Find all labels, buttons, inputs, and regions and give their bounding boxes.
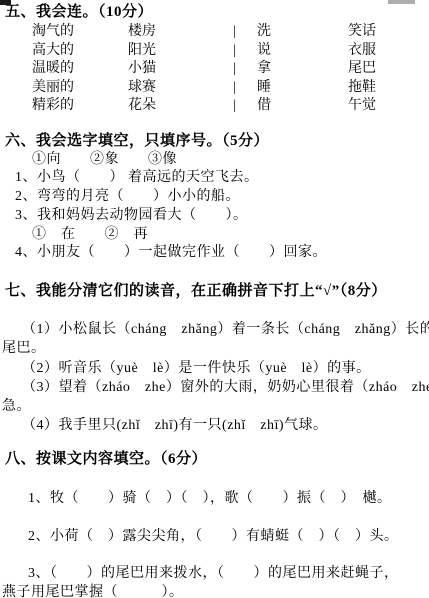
separator-bar: | xyxy=(233,79,257,98)
noun-item: 小猫 xyxy=(128,60,233,79)
adjective-item: 淘气的 xyxy=(32,23,128,42)
section7-question-1-line-1: （1）小松鼠长（cháng zhǎng）着一条长（cháng zhǎng）长的 xyxy=(22,320,429,339)
section8-question-3-line-2: 燕子用尾巴掌握（ ）。 xyxy=(2,583,429,598)
object-item: 笑话 xyxy=(348,23,429,42)
object-item: 尾巴 xyxy=(348,60,429,79)
section5-title: 五、我会连。（10分） xyxy=(5,4,429,20)
scan-artifact-top-right xyxy=(388,0,415,4)
section5-matching-table: 淘气的 楼房 | 洗 笑话 高大的 阳光 | 说 衣服 温暖的 小猫 | 拿 尾… xyxy=(32,23,429,116)
section8-title: 八、按课文内容填空。（6分） xyxy=(5,451,429,467)
scan-artifact-top-left xyxy=(0,0,11,5)
section7-question-4: （4）我手里只(zhǐ zhī)有一只(zhǐ zhī)气球。 xyxy=(22,416,429,435)
section6-question-1: 1、小鸟（ ） 着高远的天空飞去。 xyxy=(15,169,429,188)
section7-question-1-line-2: 尾巴。 xyxy=(2,339,429,358)
adjective-item: 精彩的 xyxy=(32,97,128,116)
section6-options-2: ① 在 ② 再 xyxy=(32,226,429,245)
noun-item: 花朵 xyxy=(128,97,233,116)
separator-bar: | xyxy=(233,23,257,42)
separator-bar: | xyxy=(233,97,257,116)
section7-question-2: （2）听音乐（yuè lè）是一件快乐（yuè lè）的事。 xyxy=(22,359,429,378)
section8-question-3-line-1: 3、（ ）的尾巴用来拨水，（ ）的尾巴用来赶蝇子， xyxy=(28,564,429,583)
separator-bar: | xyxy=(233,42,257,61)
noun-item: 阳光 xyxy=(128,42,233,61)
section7-title: 七、我能分清它们的读音，在正确拼音下打上“√”（8分） xyxy=(5,283,429,299)
verb-item: 拿 xyxy=(257,60,348,79)
worksheet-page: 五、我会连。（10分） 淘气的 楼房 | 洗 笑话 高大的 阳光 | 说 衣服 … xyxy=(0,0,429,598)
verb-item: 说 xyxy=(257,42,348,61)
section6-question-2: 2、弯弯的月亮（ ）小小的船。 xyxy=(15,188,429,207)
section6-question-3: 3、我和妈妈去动物园看大（ ）。 xyxy=(15,207,429,226)
section8-question-1: 1、牧（ ）骑（ ）（ ），歌（ ）振（ ） 樾。 xyxy=(28,489,429,508)
object-item: 拖鞋 xyxy=(348,79,429,98)
verb-item: 洗 xyxy=(257,23,348,42)
separator-bar: | xyxy=(233,60,257,79)
adjective-item: 温暖的 xyxy=(32,60,128,79)
section6-options-1: ①向 ②象 ③像 xyxy=(32,151,429,170)
section7-question-3-line-2: 急。 xyxy=(2,397,429,416)
verb-item: 借 xyxy=(257,97,348,116)
object-item: 衣服 xyxy=(348,42,429,61)
noun-item: 球赛 xyxy=(128,79,233,98)
object-item: 午觉 xyxy=(348,97,429,116)
section7-question-3-line-1: （3）望着（zháo zhe）窗外的大雨，奶奶心里很着（zháo zhe） xyxy=(22,378,429,397)
adjective-item: 美丽的 xyxy=(32,79,128,98)
section6-question-4: 4、小朋友（ ）一起做完作业（ ）回家。 xyxy=(15,244,429,263)
section6-title: 六、我会选字填空，只填序号。（5分） xyxy=(5,133,429,149)
verb-item: 睡 xyxy=(257,79,348,98)
section8-question-2: 2、小荷（ ）露尖尖角，（ ）有蜻蜓（ ）（ ）头。 xyxy=(28,527,429,546)
adjective-item: 高大的 xyxy=(32,42,128,61)
noun-item: 楼房 xyxy=(128,23,233,42)
